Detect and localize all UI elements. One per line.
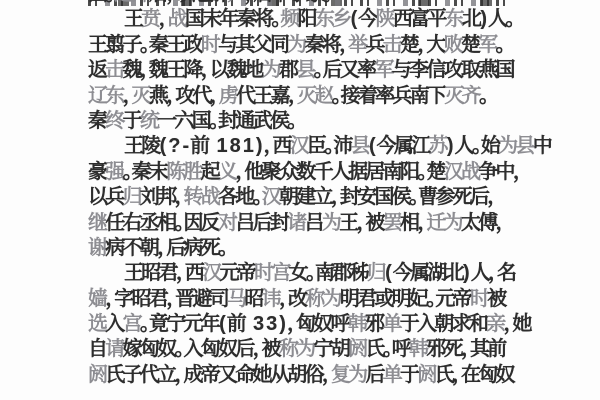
text-line: 自请嫁匈奴。入匈奴后，被称为宁胡阏氏。呼韩邪死，其前 <box>88 337 558 362</box>
text-line: 豪强。秦末陈胜起义，他聚众数千人据居南阳。楚汉战争中， <box>88 160 558 185</box>
text-line: 嫱，字昭君，晋避司马昭讳，改称为明君或明妃。元帝时被 <box>88 287 558 312</box>
text-line: 以兵归刘邦，转战各地。汉朝建立，封安国侯。曹参死后， <box>88 185 558 210</box>
text-line: 阏氏子代立，成帝又命她从胡俗，复为后单于阏氏，在匈奴 <box>88 363 558 388</box>
text-line: 选入宫。竟宁元年(前 33)，匈奴呼韩邪单于入朝求和亲，她 <box>88 312 558 337</box>
text-line: 王贲，战国末年秦将。频阳东乡(今陕西富平东北)人。 <box>88 7 558 32</box>
text-line: 秦终于统一六国。封通武侯。 <box>88 109 558 134</box>
text-line: 辽东，灭燕，攻代，虏代王嘉，灭赵。接着率兵南下灭齐。 <box>88 84 558 109</box>
text-line: 国。还师后，以老辞归，后卒于家。 <box>88 0 558 7</box>
text-block: 国。还师后，以老辞归，后卒于家。王贲，战国末年秦将。频阳东乡(今陕西富平东北)人… <box>88 0 558 388</box>
document-page: 国。还师后，以老辞归，后卒于家。王贲，战国末年秦将。频阳东乡(今陕西富平东北)人… <box>0 0 600 400</box>
text-line: 返击魏，魏王降，以魏地为郡县。后又率军与李信攻取燕国 <box>88 58 558 83</box>
text-line: 王陵(?-前 181)，西汉臣。沛县(今属江苏)人。始为县中 <box>88 134 558 159</box>
text-line: 王翦子。秦王政时与其父同为秦将，举兵击楚，大败楚军。 <box>88 33 558 58</box>
text-line: 王昭君，西汉元帝时宫女。南郡秭归(今属湖北)人，名 <box>88 261 558 286</box>
text-line: 谢病不朝，后病死。 <box>88 236 558 261</box>
text-line: 继任右丞相。因反对吕后封诸吕为王，被罢相，迁为太傅， <box>88 211 558 236</box>
